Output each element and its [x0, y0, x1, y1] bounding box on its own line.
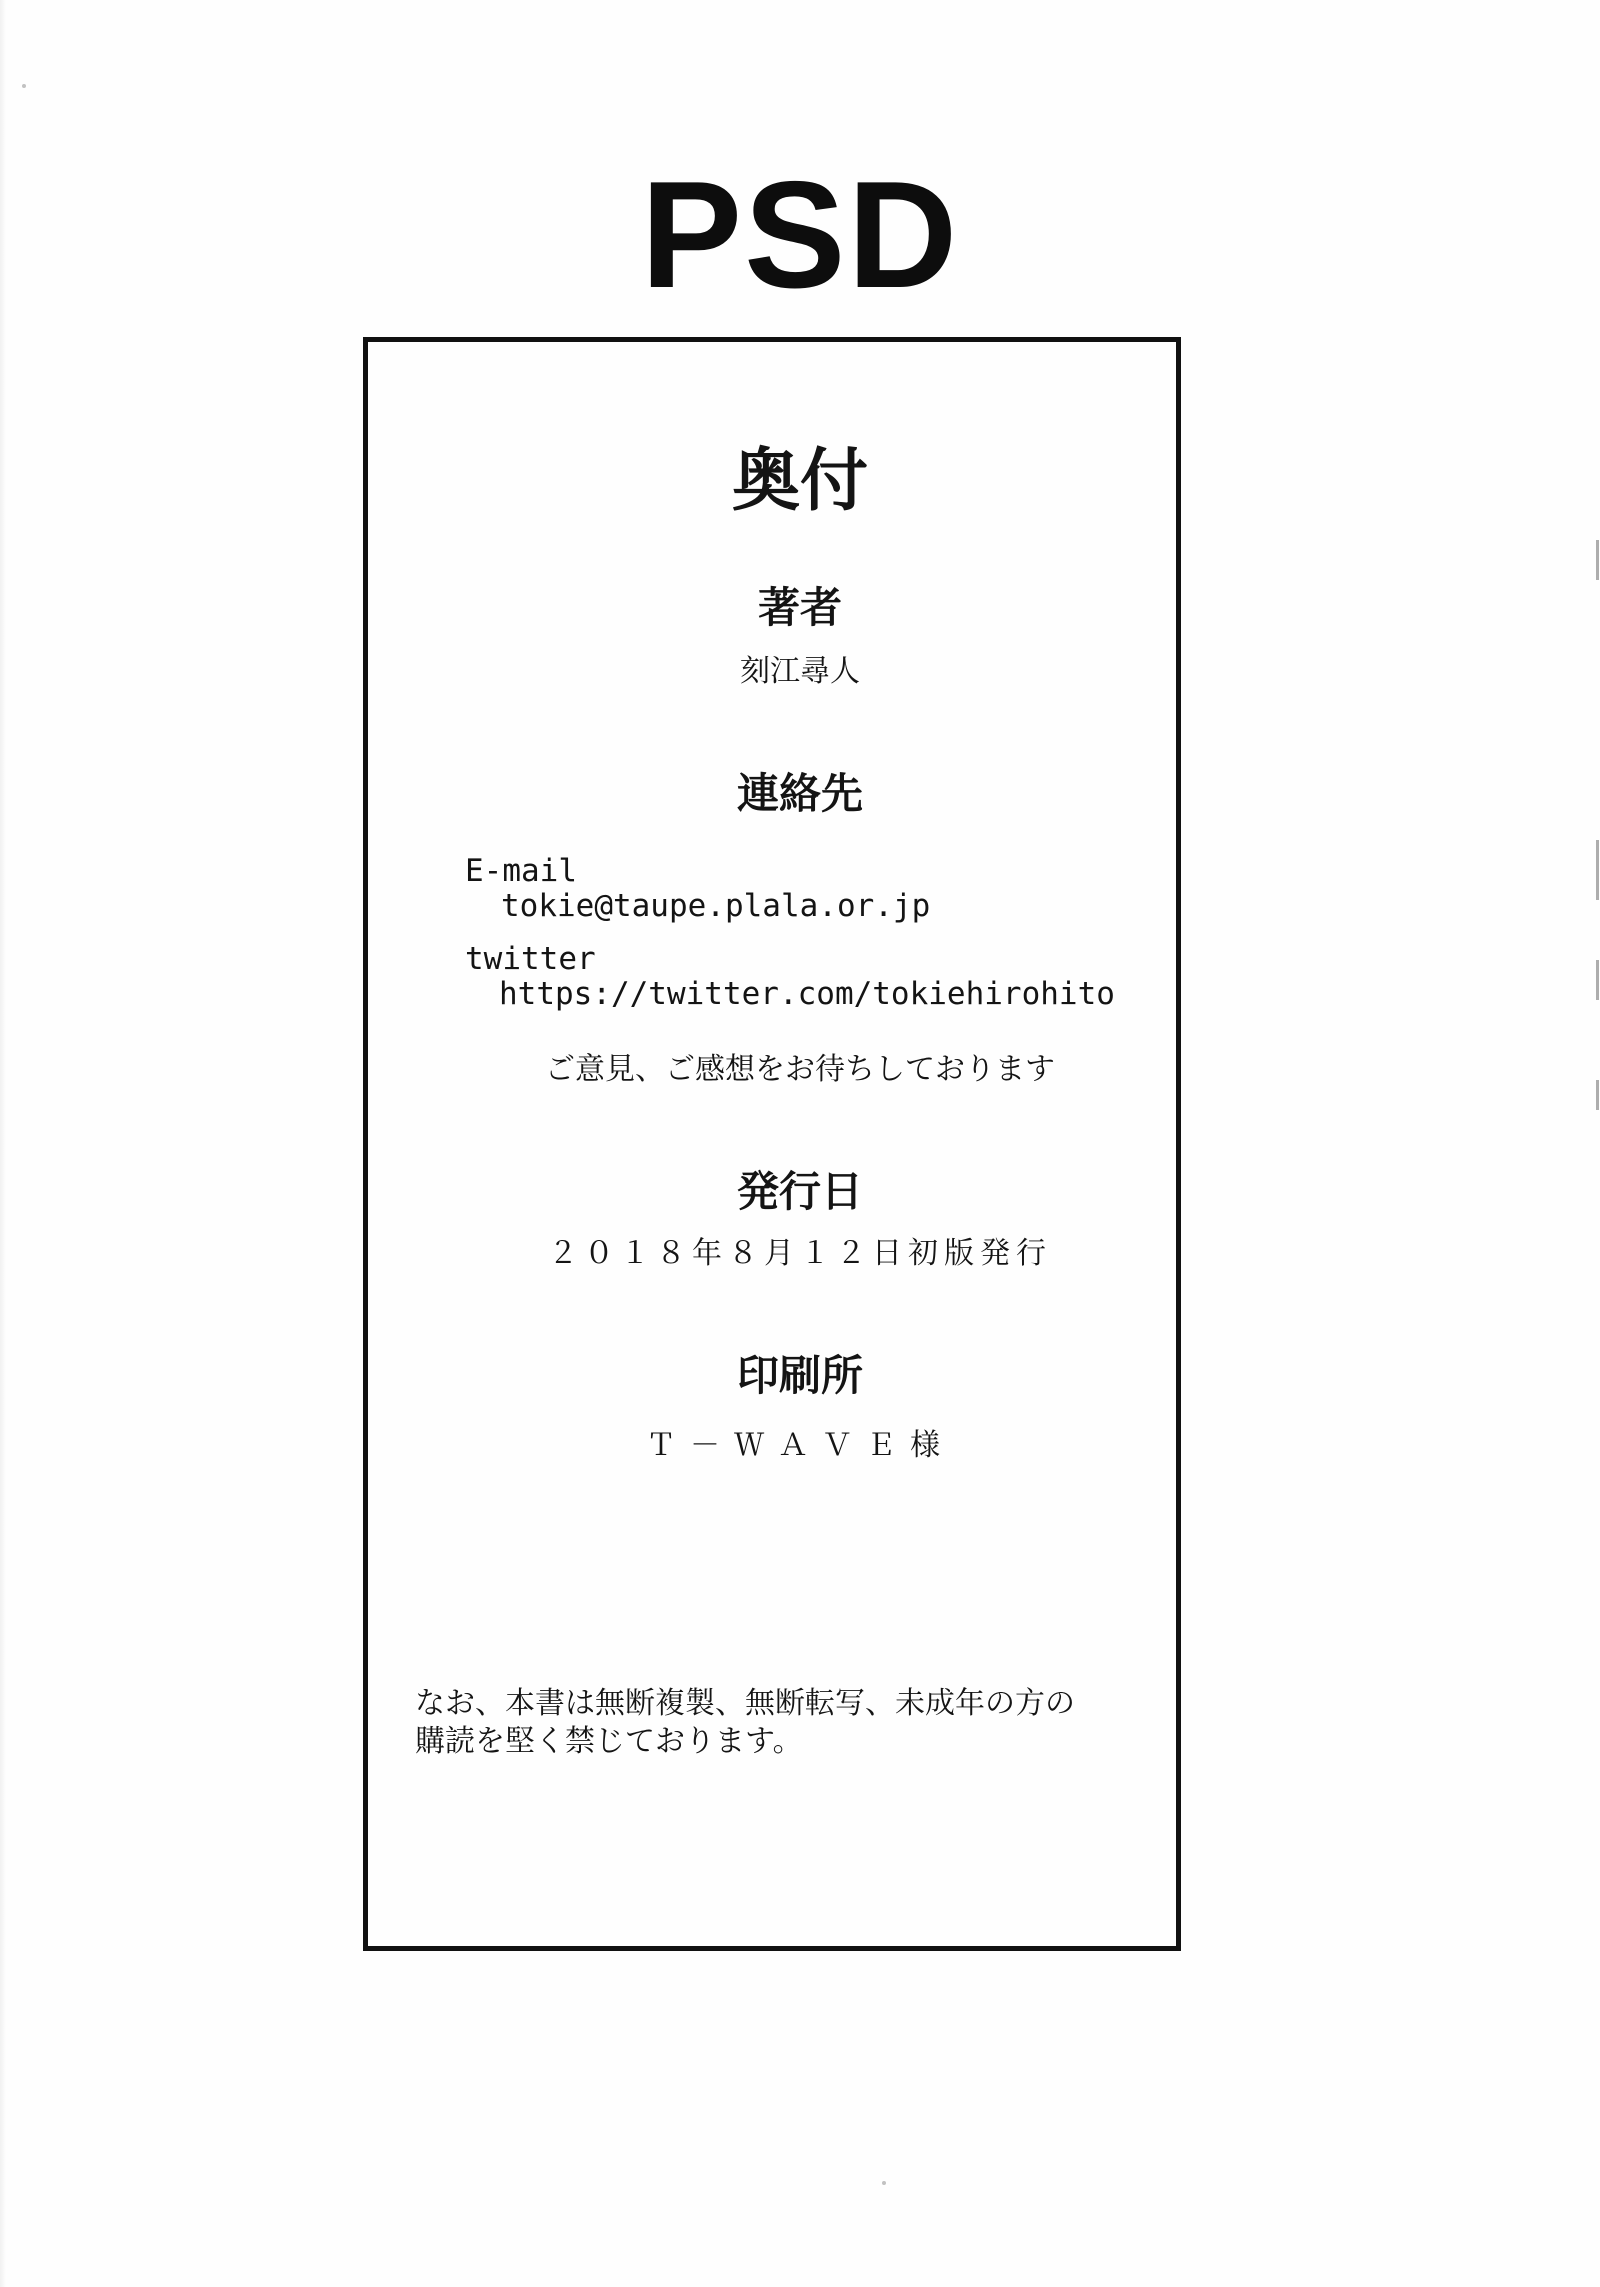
legal-notice-line: なお、本書は無断複製、無断転写、未成年の方の	[415, 1685, 1155, 1723]
scan-speck	[882, 2181, 886, 2185]
twitter-url: https://twitter.com/tokiehirohito	[499, 977, 1115, 1011]
author-name: 刻江尋人	[0, 654, 1600, 690]
scan-bleed-mark	[1596, 540, 1599, 580]
publication-date: ２０１８年８月１２日初版発行	[0, 1236, 1600, 1272]
scanned-page: PSD 奥付 著者 刻江尋人 連絡先 E-mail tokie@taupe.pl…	[0, 0, 1600, 2287]
legal-notice-line: 購読を堅く禁じております。	[415, 1723, 1155, 1761]
scan-speck	[22, 84, 26, 88]
book-title: PSD	[0, 160, 1600, 310]
printer-name: Ｔ－ＷＡＶＥ様	[0, 1428, 1600, 1464]
scan-bleed-mark	[1596, 840, 1599, 900]
scan-bleed-mark	[1596, 960, 1599, 1000]
legal-notice: なお、本書は無断複製、無断転写、未成年の方の 購読を堅く禁じております。	[415, 1685, 1155, 1761]
scan-edge-shadow	[0, 0, 6, 2287]
email-address: tokie@taupe.plala.or.jp	[501, 889, 930, 923]
publication-date-label: 発行日	[0, 1168, 1600, 1216]
contact-label: 連絡先	[0, 770, 1600, 818]
colophon-heading: 奥付	[0, 444, 1600, 520]
author-label: 著者	[0, 584, 1600, 632]
email-label: E-mail	[465, 854, 577, 888]
twitter-label: twitter	[465, 942, 596, 976]
feedback-message: ご意見、ご感想をお待ちしております	[0, 1052, 1600, 1088]
printer-label: 印刷所	[0, 1352, 1600, 1400]
